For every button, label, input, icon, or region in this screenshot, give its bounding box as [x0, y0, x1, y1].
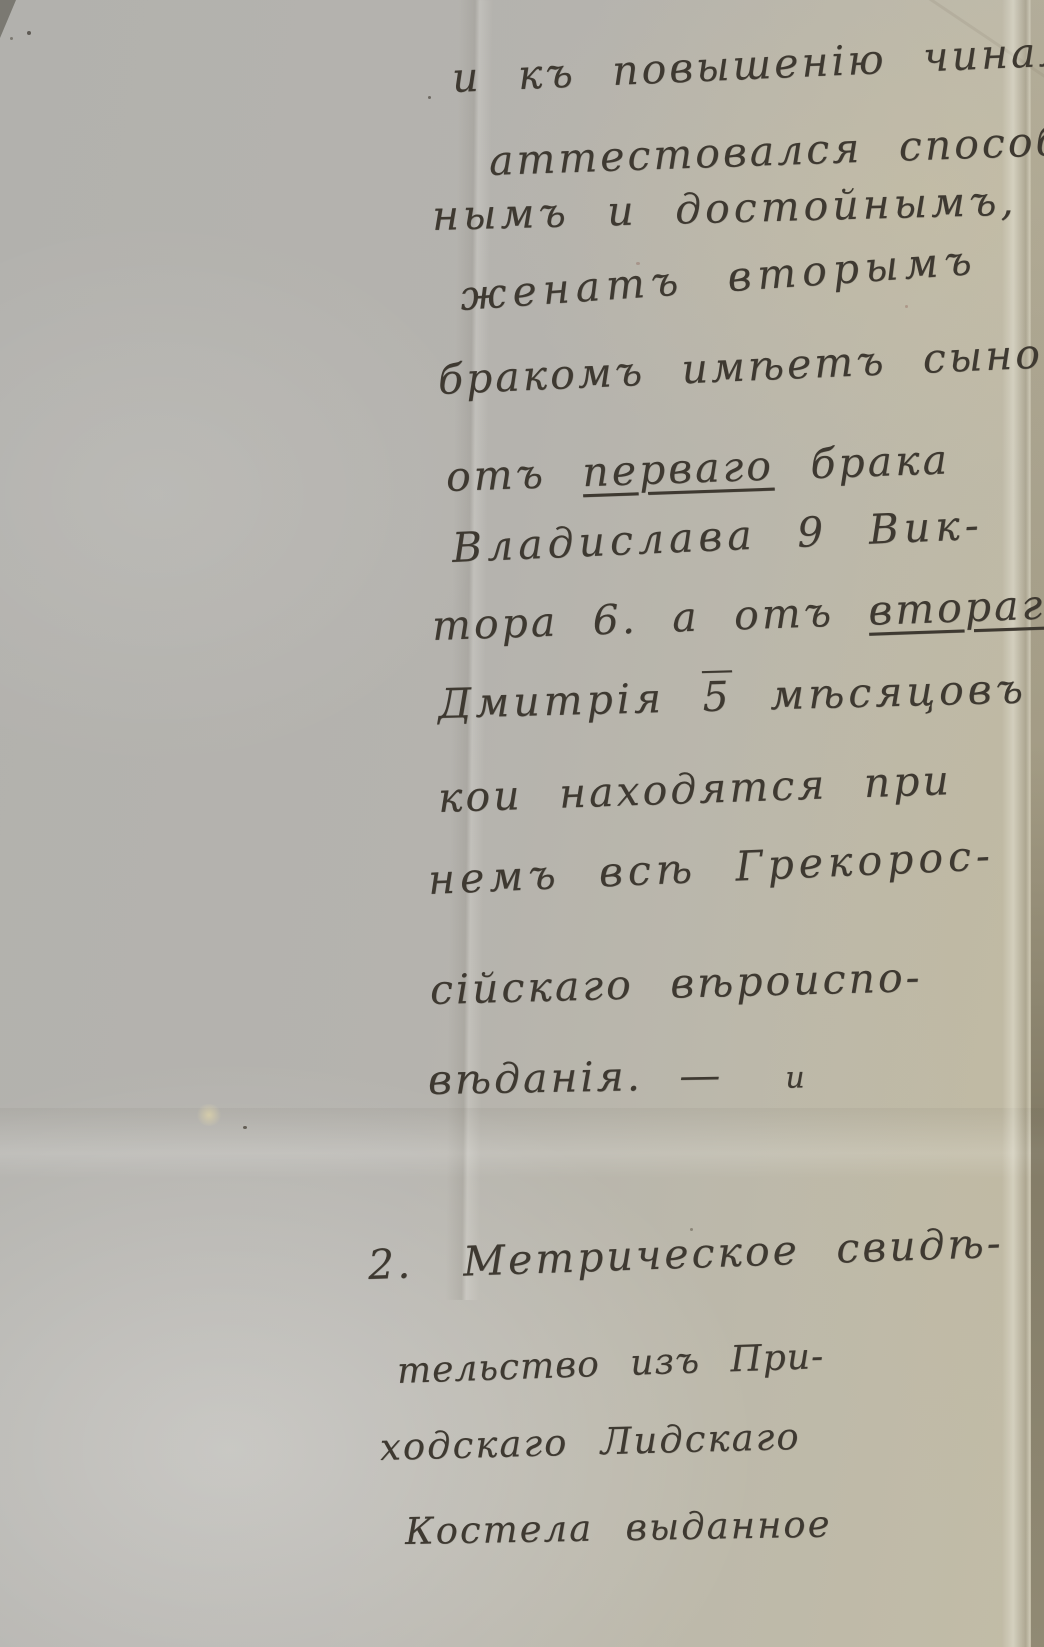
line-text: брака	[773, 435, 951, 489]
line-text: и къ повышенію чинами	[451, 26, 1044, 102]
manuscript-line: аттестовался способ-	[488, 118, 1044, 184]
manuscript-line: отъ перваго брака	[445, 437, 951, 500]
ink-speck	[905, 305, 908, 308]
item-number: 2.	[367, 1239, 414, 1289]
manuscript-line: ходскаго Лидскаго	[379, 1417, 801, 1469]
manuscript-line: Владислава 9 Вик-	[451, 503, 984, 571]
line-text: тора 6. а отъ	[431, 587, 869, 650]
manuscript-line: кои находятся при	[437, 758, 952, 821]
manuscript-line: вѣданія. —и	[428, 1051, 808, 1103]
ink-speck	[243, 1126, 247, 1129]
page-edge-curl	[1002, 0, 1030, 1647]
line-text: мѣсяцовъ	[732, 665, 1027, 721]
line-text: кои находятся при	[437, 756, 952, 822]
manuscript-line: Костела выданное	[405, 1505, 832, 1553]
page-edge-shadow	[1031, 0, 1044, 1647]
manuscript-line: нымъ и достойнымъ,	[431, 179, 1018, 239]
line-text: сійскаго вѣроиспо-	[429, 953, 923, 1014]
ink-speck	[10, 37, 13, 40]
manuscript-page: и къ повышенію чинами аттестовался спосо…	[0, 0, 1044, 1647]
manuscript-line: тора 6. а отъ втораго	[431, 582, 1044, 649]
ink-speck	[428, 96, 431, 99]
corner-notch	[0, 0, 16, 38]
paper-stain	[196, 1104, 222, 1126]
line-text: Костела выданное	[405, 1503, 832, 1553]
underlined-word: втораго	[868, 580, 1044, 635]
trailing-mark: и	[785, 1060, 808, 1095]
line-text: нымъ и достойнымъ,	[431, 177, 1018, 240]
line-text: вѣданія. —	[428, 1051, 724, 1104]
line-text: отъ	[445, 448, 583, 501]
line-text: женатъ вторымъ	[458, 236, 979, 320]
manuscript-line: тельство изъ При-	[396, 1337, 825, 1391]
line-text: Владислава 9 Вик-	[451, 501, 985, 572]
manuscript-line: женатъ вторымъ	[458, 238, 978, 319]
line-text: аттестовался способ-	[488, 116, 1044, 185]
line-text: немъ всѣ Грекорос-	[427, 831, 996, 904]
manuscript-line: немъ всѣ Грекорос-	[427, 833, 996, 903]
line-text: Дмитрія	[437, 673, 703, 728]
ink-speck	[27, 31, 31, 35]
manuscript-line: и къ повышенію чинами	[451, 28, 1044, 102]
line-text: Метрическое свидѣ-	[462, 1219, 1004, 1286]
horizontal-fold-crease	[0, 1108, 1044, 1178]
underlined-word: перваго	[581, 442, 774, 497]
manuscript-line: бракомъ имѣетъ сыновей	[437, 328, 1044, 403]
line-text: бракомъ имѣетъ сыновей	[437, 326, 1044, 404]
line-text: тельство изъ При-	[396, 1336, 825, 1392]
manuscript-line: Дмитрія 5 мѣсяцовъ	[437, 667, 1027, 727]
overlined-number: 5	[702, 672, 733, 721]
manuscript-line: сійскаго вѣроиспо-	[429, 955, 923, 1013]
line-text: ходскаго Лидскаго	[379, 1415, 801, 1469]
